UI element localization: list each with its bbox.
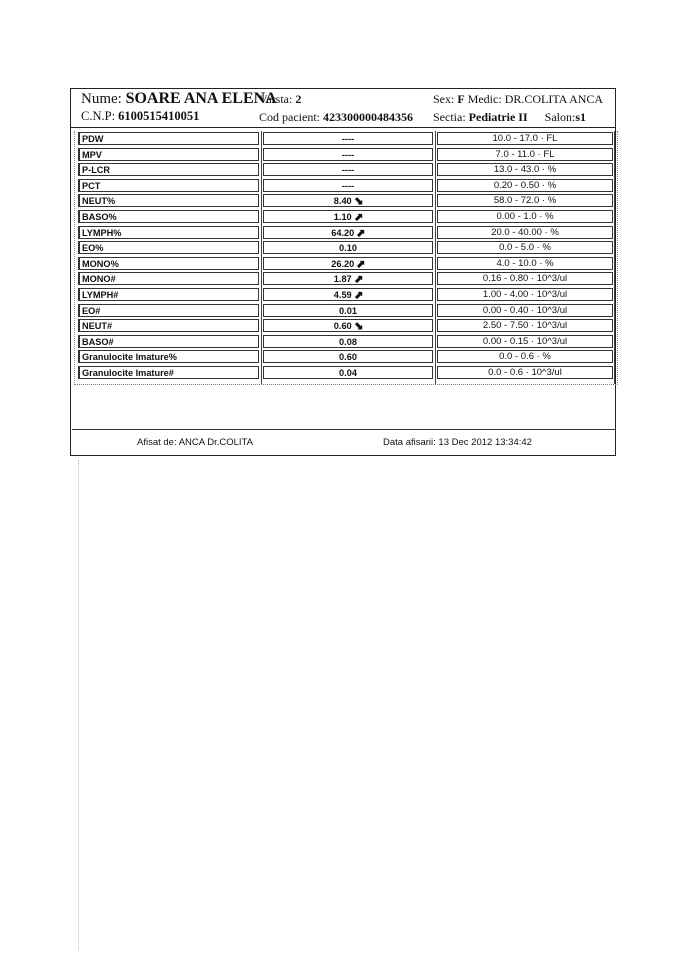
reference-range: 0.00 - 0.40 · 10^3/ul xyxy=(437,304,613,317)
section-label: Sectia: xyxy=(433,110,466,124)
footer-divider xyxy=(72,429,615,430)
test-name: PDW xyxy=(78,132,259,145)
test-value-text: 1.10 xyxy=(334,212,352,222)
test-value: 8.40⬊ xyxy=(263,194,433,207)
test-value: 1.10⬈ xyxy=(263,210,433,223)
table-row: P-LCR----13.0 - 43.0 · % xyxy=(75,162,617,178)
sex-value: F xyxy=(457,92,464,106)
test-value: 0.08 xyxy=(263,335,433,348)
test-value: 0.60⬊ xyxy=(263,319,433,332)
test-value-text: 0.60 xyxy=(339,352,357,362)
test-value-text: ---- xyxy=(342,181,354,191)
reference-range: 4.0 - 10.0 · % xyxy=(437,257,613,270)
test-value: ---- xyxy=(263,132,433,145)
table-row: Granulocite Imature#0.040.0 - 0.6 · 10^3… xyxy=(75,365,617,381)
name-label: Nume: xyxy=(81,91,122,107)
table-row: LYMPH%64.20⬈20.0 - 40.00 · % xyxy=(75,225,617,241)
test-name: BASO# xyxy=(78,335,259,348)
arrow-down-right-icon: ⬊ xyxy=(354,194,363,207)
results-table: PDW----10.0 - 17.0 · FLMPV----7.0 - 11.0… xyxy=(74,131,618,385)
test-name: MONO# xyxy=(78,272,259,285)
doctor-value: DR.COLITA ANCA xyxy=(505,92,603,106)
test-name: Granulocite Imature% xyxy=(78,350,259,363)
test-name: P-LCR xyxy=(78,163,259,176)
test-value-text: ---- xyxy=(342,134,354,144)
test-value-text: 0.10 xyxy=(339,243,357,253)
room: Salon:s1 xyxy=(545,110,586,124)
room-value: s1 xyxy=(575,110,586,124)
test-value: 1.87⬈ xyxy=(263,272,433,285)
test-value-text: ---- xyxy=(342,165,354,175)
patient-age: Varsta: 2 xyxy=(259,92,301,107)
test-value-text: 0.04 xyxy=(339,368,357,378)
section-value: Pediatrie II xyxy=(469,110,528,124)
test-value: 26.20⬈ xyxy=(263,257,433,270)
reference-range: 0.0 - 0.6 · % xyxy=(437,350,613,363)
test-value: ---- xyxy=(263,163,433,176)
arrow-up-right-icon: ⬈ xyxy=(354,272,363,285)
test-name: PCT xyxy=(78,179,259,192)
reference-range: 7.0 - 11.0 · FL xyxy=(437,148,613,161)
table-row: MONO#1.87⬈0.16 - 0.80 · 10^3/ul xyxy=(75,271,617,287)
test-name: LYMPH% xyxy=(78,226,259,239)
test-name: NEUT# xyxy=(78,319,259,332)
cnp-label: C.N.P: xyxy=(81,109,115,123)
arrow-up-right-icon: ⬈ xyxy=(356,226,365,239)
test-value-text: 26.20 xyxy=(331,259,354,269)
arrow-up-right-icon: ⬈ xyxy=(354,288,363,301)
test-name: NEUT% xyxy=(78,194,259,207)
arrow-down-right-icon: ⬊ xyxy=(354,319,363,332)
reference-range: 0.00 - 0.15 · 10^3/ul xyxy=(437,335,613,348)
reference-range: 0.0 - 5.0 · % xyxy=(437,241,613,254)
table-row: Granulocite Imature%0.600.0 - 0.6 · % xyxy=(75,349,617,365)
table-row: EO%0.100.0 - 5.0 · % xyxy=(75,240,617,256)
test-name: EO% xyxy=(78,241,259,254)
test-value-text: ---- xyxy=(342,150,354,160)
test-name: EO# xyxy=(78,304,259,317)
test-value-text: 4.59 xyxy=(334,290,352,300)
reference-range: 20.0 - 40.00 · % xyxy=(437,226,613,239)
test-value-text: 0.08 xyxy=(339,337,357,347)
patient-sex-doctor: Sex: F Medic: DR.COLITA ANCA xyxy=(433,92,603,107)
patient-header: Nume: SOARE ANA ELENA C.N.P: 61005154100… xyxy=(70,88,616,128)
reference-range: 10.0 - 17.0 · FL xyxy=(437,132,613,145)
sex-label: Sex: xyxy=(433,92,454,106)
reference-range: 2.50 - 7.50 · 10^3/ul xyxy=(437,319,613,332)
test-value: 0.10 xyxy=(263,241,433,254)
test-value: 64.20⬈ xyxy=(263,226,433,239)
table-row: NEUT%8.40⬊58.0 - 72.0 · % xyxy=(75,193,617,209)
test-name: MONO% xyxy=(78,257,259,270)
scan-artifact xyxy=(78,460,80,950)
test-value-text: 0.01 xyxy=(339,306,357,316)
patient-code-label: Cod pacient: xyxy=(259,110,320,124)
test-value-text: 64.20 xyxy=(331,228,354,238)
age-value: 2 xyxy=(295,92,301,106)
table-row: EO#0.010.00 - 0.40 · 10^3/ul xyxy=(75,303,617,319)
patient-section-room: Sectia: Pediatrie II Salon:s1 xyxy=(433,110,586,125)
patient-cnp: C.N.P: 6100515410051 xyxy=(81,109,199,124)
reference-range: 0.16 - 0.80 · 10^3/ul xyxy=(437,272,613,285)
test-value-text: 1.87 xyxy=(334,274,352,284)
reference-range: 1.00 - 4.00 · 10^3/ul xyxy=(437,288,613,301)
test-name: LYMPH# xyxy=(78,288,259,301)
patient-name: Nume: SOARE ANA ELENA xyxy=(81,90,277,108)
reference-range: 0.0 - 0.6 · 10^3/ul xyxy=(437,366,613,379)
test-value: 4.59⬈ xyxy=(263,288,433,301)
name-value: SOARE ANA ELENA xyxy=(126,90,277,107)
table-row: BASO%1.10⬈0.00 - 1.0 · % xyxy=(75,209,617,225)
age-label: Varsta: xyxy=(259,92,292,106)
reference-range: 13.0 - 43.0 · % xyxy=(437,163,613,176)
patient-code-value: 423300000484356 xyxy=(323,110,413,124)
doctor-label: Medic: xyxy=(468,92,502,106)
test-value-text: 8.40 xyxy=(334,196,352,206)
table-row: PDW----10.0 - 17.0 · FL xyxy=(75,131,617,147)
table-row: NEUT#0.60⬊2.50 - 7.50 · 10^3/ul xyxy=(75,318,617,334)
arrow-up-right-icon: ⬈ xyxy=(356,257,365,270)
test-value: 0.60 xyxy=(263,350,433,363)
test-name: MPV xyxy=(78,148,259,161)
test-value-text: 0.60 xyxy=(334,321,352,331)
test-value: ---- xyxy=(263,179,433,192)
reference-range: 58.0 - 72.0 · % xyxy=(437,194,613,207)
reference-range: 0.20 - 0.50 · % xyxy=(437,179,613,192)
arrow-up-right-icon: ⬈ xyxy=(354,210,363,223)
table-row: MPV----7.0 - 11.0 · FL xyxy=(75,147,617,163)
test-value: 0.04 xyxy=(263,366,433,379)
displayed-by: Afisat de: ANCA Dr.COLITA xyxy=(137,437,253,448)
table-row: PCT----0.20 - 0.50 · % xyxy=(75,178,617,194)
patient-code: Cod pacient: 423300000484356 xyxy=(259,110,413,125)
room-label: Salon: xyxy=(545,110,576,124)
table-row: MONO%26.20⬈4.0 - 10.0 · % xyxy=(75,256,617,272)
test-value: ---- xyxy=(263,148,433,161)
reference-range: 0.00 - 1.0 · % xyxy=(437,210,613,223)
test-name: BASO% xyxy=(78,210,259,223)
cnp-value: 6100515410051 xyxy=(118,109,199,123)
table-row: LYMPH#4.59⬈1.00 - 4.00 · 10^3/ul xyxy=(75,287,617,303)
table-row: BASO#0.080.00 - 0.15 · 10^3/ul xyxy=(75,334,617,350)
test-value: 0.01 xyxy=(263,304,433,317)
test-name: Granulocite Imature# xyxy=(78,366,259,379)
display-date: Data afisarii: 13 Dec 2012 13:34:42 xyxy=(383,437,532,448)
